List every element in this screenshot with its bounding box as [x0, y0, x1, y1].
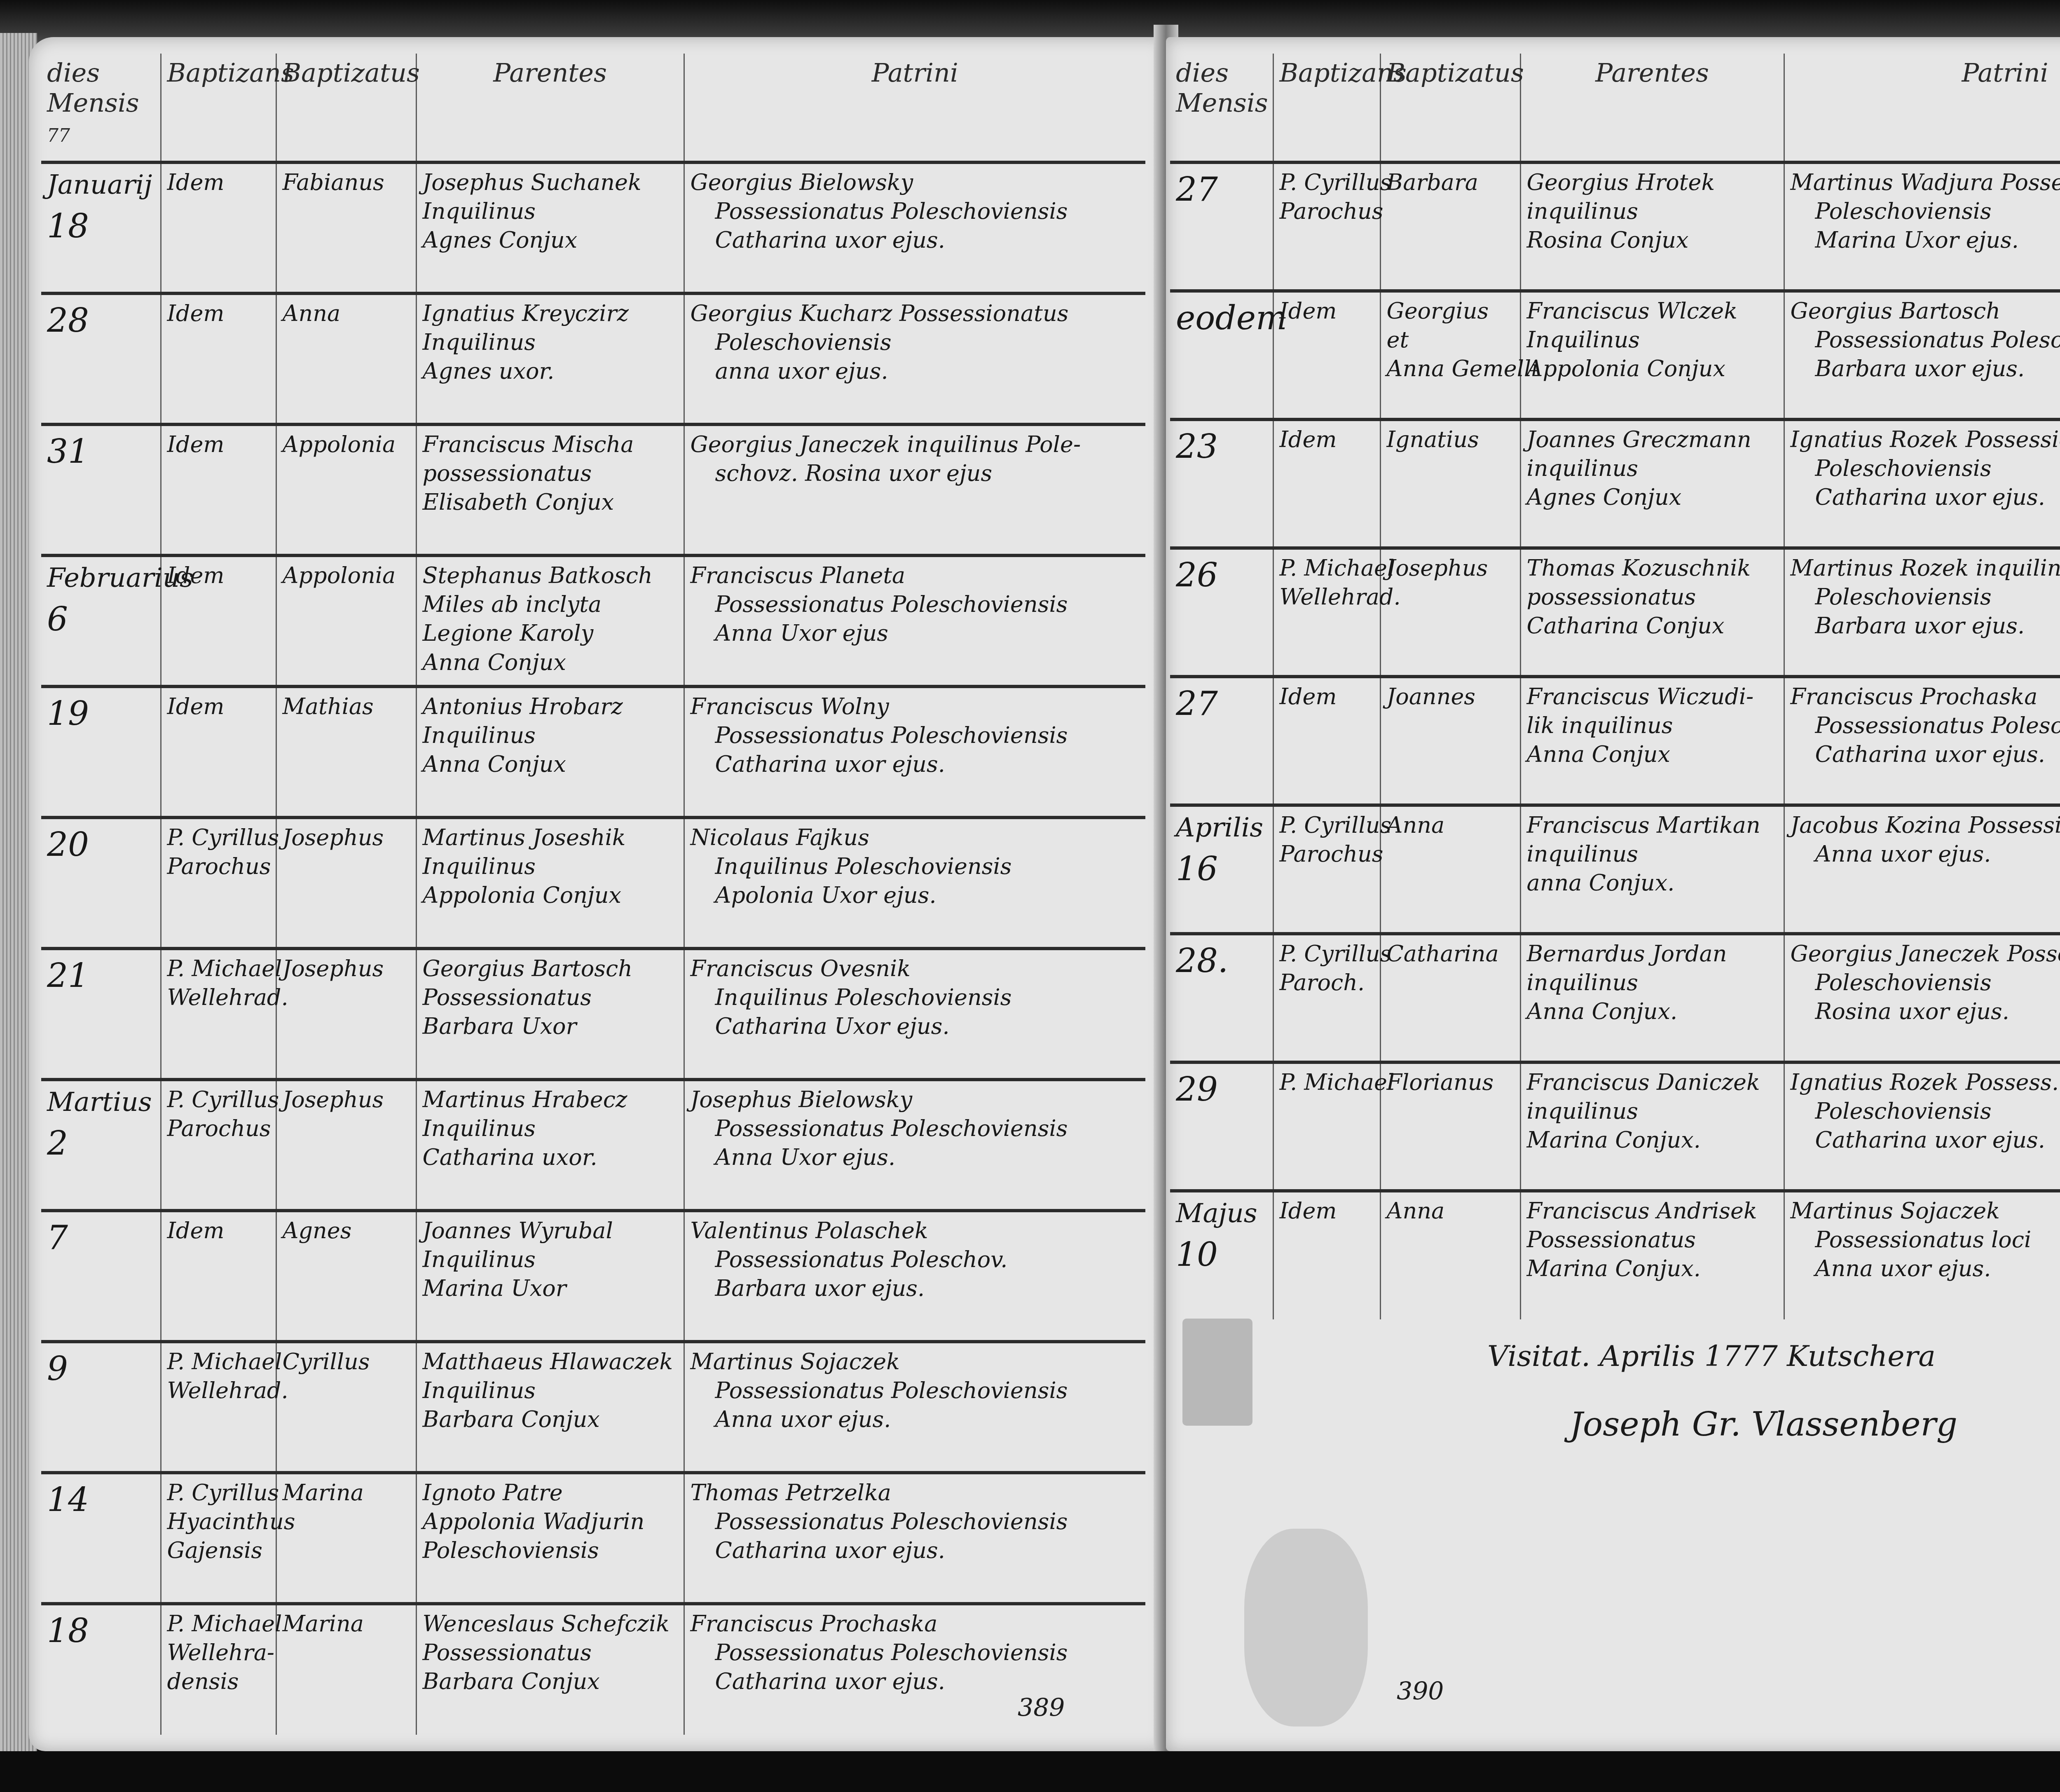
register-entry: 23IdemIgnatiusJoannes Greczmanninquilinu… — [1170, 419, 2060, 548]
register-entry: 14P. CyrillusHyacinthusGajensisMarinaIgn… — [41, 1473, 1145, 1604]
cell-parentes: Franciscus DaniczekinquilinusMarina Conj… — [1520, 1062, 1784, 1191]
cell-day: 29 — [1170, 1062, 1273, 1191]
baptizans-line: Gajensis — [167, 1536, 270, 1565]
parentes-line: Appolonia Wadjurin — [423, 1507, 678, 1536]
parentes-line: Franciscus Andrisek — [1527, 1197, 1778, 1225]
cell-patrini: Georgius BartoschPossessionatus Polescho… — [1784, 291, 2060, 419]
cell-day: 31 — [41, 424, 161, 555]
patrini-line: Possessionatus Poleschoviensis — [691, 590, 1140, 619]
patrini-line: Rosina uxor ejus. — [1791, 997, 2060, 1026]
cell-parentes: Franciscus MischapossessionatusElisabeth… — [416, 424, 684, 555]
cell-baptizans: Idem — [1273, 419, 1380, 548]
baptizans-line: Idem — [1280, 682, 1374, 711]
baptizatus-line: Florianus — [1387, 1068, 1514, 1097]
parentes-line: Franciscus Wlczek — [1527, 297, 1778, 326]
parentes-line: Inquilinus — [423, 721, 678, 750]
baptizatus-line: Ignatius — [1387, 425, 1514, 454]
register-entry: 28.P. CyrillusParoch.CatharinaBernardus … — [1170, 934, 2060, 1062]
stain-mark — [1182, 1319, 1252, 1426]
baptizans-line: P. Michael — [1280, 554, 1374, 583]
register-entry: 27P. CyrillusParochusBarbaraGeorgius Hro… — [1170, 162, 2060, 291]
cell-baptizatus: Ignatius — [1380, 419, 1520, 548]
parentes-line: Marina Conjux. — [1527, 1126, 1778, 1155]
parentes-line: Elisabeth Conjux — [423, 488, 678, 517]
day-number: 10 — [1176, 1235, 1218, 1274]
cell-patrini: Franciscus ProchaskaPossessionatus Poles… — [684, 1604, 1145, 1735]
baptizatus-line: Josephus — [283, 954, 410, 983]
header-row: dies Mensis 77 Baptizans Baptizatus Pare… — [41, 54, 1145, 162]
left-page: dies Mensis 77 Baptizans Baptizatus Pare… — [29, 37, 1166, 1751]
cell-baptizans: P. CyrillusParochus — [161, 1080, 276, 1211]
register-entry: 31IdemAppoloniaFranciscus Mischapossessi… — [41, 424, 1145, 555]
cell-parentes: Stephanus BatkoschMiles ab inclytaLegion… — [416, 555, 684, 686]
register-entry: 20P. CyrillusParochusJosephusMartinus Jo… — [41, 818, 1145, 949]
parentes-line: Barbara Uxor — [423, 1012, 678, 1041]
cell-day: 28 — [41, 293, 161, 424]
cell-day: 20 — [41, 818, 161, 949]
patrini-line: Ignatius Rozek Possess. — [1791, 1068, 2060, 1097]
patrini-line: Catharina uxor ejus. — [691, 1536, 1140, 1565]
parentes-line: Inquilinus — [423, 1114, 678, 1143]
cell-baptizatus: Cyrillus — [276, 1342, 416, 1473]
cell-day: 27 — [1170, 677, 1273, 805]
cell-day: 21 — [41, 949, 161, 1080]
cell-day: 14 — [41, 1473, 161, 1604]
cell-parentes: Thomas KozuschnikpossessionatusCatharina… — [1520, 548, 1784, 677]
cell-baptizatus: Joannes — [1380, 677, 1520, 805]
patrini-line: Poleschoviensis — [1791, 968, 2060, 997]
cell-baptizatus: Josephus — [276, 949, 416, 1080]
cell-patrini: Georgius Janeczek inquilinus Pole-schovz… — [684, 424, 1145, 555]
day-number: 7 — [47, 1218, 68, 1257]
register-entry: 21P. MichaelWellehrad.JosephusGeorgius B… — [41, 949, 1145, 1080]
cell-parentes: Ignatius KreyczirzInquilinusAgnes uxor. — [416, 293, 684, 424]
cell-baptizans: P. MichaelWellehra-densis — [161, 1604, 276, 1735]
baptizatus-line: Cyrillus — [283, 1347, 410, 1376]
parentes-line: Josephus Suchanek — [423, 168, 678, 197]
patrini-line: Inquilinus Poleschoviensis — [691, 852, 1140, 881]
register-entry: Majus10IdemAnnaFranciscus AndrisekPosses… — [1170, 1191, 2060, 1319]
register-entry: 19IdemMathiasAntonius HrobarzInquilinusA… — [41, 686, 1145, 818]
cell-day: 26 — [1170, 548, 1273, 677]
cell-baptizatus: Appolonia — [276, 424, 416, 555]
parentes-line: Martinus Joseshik — [423, 823, 678, 852]
patrini-line: Franciscus Prochaska — [691, 1609, 1140, 1638]
cell-patrini: Jacobus Kozina Possessionatus lociAnna u… — [1784, 805, 2060, 934]
parentes-line: Inquilinus — [1527, 326, 1778, 354]
header-day-month: dies Mensis — [1170, 54, 1273, 162]
day-number: 29 — [1176, 1070, 1218, 1108]
cell-baptizans: P. MichaelWellehrad. — [161, 1342, 276, 1473]
baptizans-line: Wellehra- — [167, 1638, 270, 1667]
parentes-line: Anna Conjux. — [1527, 997, 1778, 1026]
baptizans-line: P. Michael — [167, 954, 270, 983]
cell-day: 18 — [41, 1604, 161, 1735]
patrini-line: Anna uxor ejus. — [1791, 1254, 2060, 1283]
cell-parentes: Matthaeus HlawaczekInquilinusBarbara Con… — [416, 1342, 684, 1473]
cell-baptizatus: Josephus — [276, 818, 416, 949]
baptizans-line: P. Michael — [167, 1347, 270, 1376]
patrini-line: Catharina uxor ejus. — [1791, 483, 2060, 512]
patrini-line: Nicolaus Fajkus — [691, 823, 1140, 852]
baptizans-line: Wellehrad. — [167, 983, 270, 1012]
visitation-signature: Joseph Gr. Vlassenberg — [1570, 1405, 1957, 1443]
patrini-line: Ignatius Rozek Possessionatus — [1791, 425, 2060, 454]
patrini-line: Franciscus Wolny — [691, 692, 1140, 721]
patrini-line: Inquilinus Poleschoviensis — [691, 983, 1140, 1012]
parentes-line: Franciscus Daniczek — [1527, 1068, 1778, 1097]
baptizans-line: P. Cyrillus — [1280, 811, 1374, 840]
baptizans-line: densis — [167, 1667, 270, 1696]
parentes-line: Marina Conjux. — [1527, 1254, 1778, 1283]
parentes-line: Agnes uxor. — [423, 357, 678, 386]
parentes-line: Thomas Kozuschnik — [1527, 554, 1778, 583]
cell-parentes: Franciscus Martikaninquilinusanna Conjux… — [1520, 805, 1784, 934]
cell-patrini: Franciscus WolnyPossessionatus Poleschov… — [684, 686, 1145, 818]
parentes-line: Inquilinus — [423, 1245, 678, 1274]
patrini-line: Anna Uxor ejus. — [691, 1143, 1140, 1172]
baptizans-line: Idem — [1280, 425, 1374, 454]
book-bottom-shadow — [0, 1751, 2060, 1792]
patrini-line: Possessionatus loci — [1791, 1225, 2060, 1254]
patrini-line: Martinus Rozek inquilinus — [1791, 554, 2060, 583]
header-baptizatus: Baptizatus — [1380, 54, 1520, 162]
header-baptizans: Baptizans — [1273, 54, 1380, 162]
baptizatus-line: Josephus — [283, 823, 410, 852]
baptizatus-line: Marina — [283, 1609, 410, 1638]
patrini-line: Poleschoviensis — [1791, 197, 2060, 226]
baptizatus-line: Anna — [1387, 811, 1514, 840]
cell-day: Martius2 — [41, 1080, 161, 1211]
parentes-line: Ignatius Kreyczirz — [423, 299, 678, 328]
baptizans-line: P. Michael — [167, 1609, 270, 1638]
cell-baptizans: Idem — [1273, 677, 1380, 805]
baptizatus-line: Josephus — [1387, 554, 1514, 583]
parentes-line: Wenceslaus Schefczik — [423, 1609, 678, 1638]
month-label: Aprilis — [1176, 811, 1267, 845]
month-label: Martius — [47, 1085, 154, 1120]
parentes-line: possessionatus — [423, 459, 678, 488]
parentes-line: inquilinus — [1527, 840, 1778, 869]
cell-patrini: Franciscus OvesnikInquilinus Poleschovie… — [684, 949, 1145, 1080]
patrini-line: Marina Uxor ejus. — [1791, 226, 2060, 255]
day-number: 18 — [47, 207, 89, 245]
patrini-line: Thomas Petrzelka — [691, 1478, 1140, 1507]
cell-baptizans: Idem — [161, 424, 276, 555]
cell-baptizatus: Catharina — [1380, 934, 1520, 1062]
cell-patrini: Martinus Wadjura PossessionatusPoleschov… — [1784, 162, 2060, 291]
cell-parentes: Franciscus AndrisekPossessionatusMarina … — [1520, 1191, 1784, 1319]
cell-patrini: Georgius Janeczek PossessionatusPolescho… — [1784, 934, 2060, 1062]
parentes-line: inquilinus — [1527, 1097, 1778, 1126]
baptizans-line: Parochus — [1280, 840, 1374, 869]
day-number: 26 — [1176, 556, 1218, 594]
baptizatus-line: Barbara — [1387, 168, 1514, 197]
register-entry: Aprilis16P. CyrillusParochusAnnaFrancisc… — [1170, 805, 2060, 934]
baptizans-line: P. Cyrillus — [1280, 939, 1374, 968]
day-number: eodem — [1176, 299, 1287, 337]
baptizans-line: P. Cyrillus — [1280, 168, 1374, 197]
folio-number-left: 389 — [1018, 1694, 1065, 1722]
day-number: 6 — [47, 600, 68, 638]
cell-baptizans: Idem — [161, 162, 276, 293]
parentes-line: Catharina uxor. — [423, 1143, 678, 1172]
cell-baptizatus: GeorgiusetAnna Gemelli — [1380, 291, 1520, 419]
register-table-left: dies Mensis 77 Baptizans Baptizatus Pare… — [41, 54, 1145, 1735]
cell-parentes: Georgius HrotekinquilinusRosina Conjux — [1520, 162, 1784, 291]
cell-baptizans: Idem — [1273, 291, 1380, 419]
register-entry: 27IdemJoannesFranciscus Wiczudi-lik inqu… — [1170, 677, 2060, 805]
parentes-line: lik inquilinus — [1527, 711, 1778, 740]
patrini-line: Martinus Sojaczek — [1791, 1197, 2060, 1225]
cell-baptizans: P. MichaelWellehrad. — [1273, 548, 1380, 677]
cell-baptizatus: Josephus — [1380, 548, 1520, 677]
cell-baptizatus: Barbara — [1380, 162, 1520, 291]
patrini-line: Anna uxor ejus. — [1791, 840, 2060, 869]
parentes-line: Possessionatus — [423, 1638, 678, 1667]
cell-patrini: Martinus SojaczekPossessionatus Polescho… — [684, 1342, 1145, 1473]
register-table-right: dies Mensis Baptizans Baptizatus Parente… — [1170, 54, 2060, 1319]
folio-number-right: 390 — [1397, 1677, 1444, 1706]
baptizans-line: Idem — [1280, 297, 1374, 326]
cell-baptizans: Idem — [1273, 1191, 1380, 1319]
baptizatus-line: Anna — [283, 299, 410, 328]
right-page: dies Mensis Baptizans Baptizatus Parente… — [1166, 37, 2060, 1751]
cell-day: eodem — [1170, 291, 1273, 419]
cell-baptizatus: Anna — [1380, 1191, 1520, 1319]
parentes-line: Rosina Conjux — [1527, 226, 1778, 255]
patrini-line: anna uxor ejus. — [691, 357, 1140, 386]
patrini-line: Catharina uxor ejus. — [691, 750, 1140, 779]
parentes-line: Joannes Wyrubal — [423, 1216, 678, 1245]
baptizatus-line: Mathias — [283, 692, 410, 721]
register-entry: Februarius6IdemAppoloniaStephanus Batkos… — [41, 555, 1145, 686]
parentes-line: Matthaeus Hlawaczek — [423, 1347, 678, 1376]
baptizans-line: Paroch. — [1280, 968, 1374, 997]
header-baptizatus: Baptizatus — [276, 54, 416, 162]
baptizans-line: P. Michael — [1280, 1068, 1374, 1097]
parentes-line: Inquilinus — [423, 328, 678, 357]
parentes-line: possessionatus — [1527, 583, 1778, 611]
cell-parentes: Joannes GreczmanninquilinusAgnes Conjux — [1520, 419, 1784, 548]
cell-baptizans: Idem — [161, 686, 276, 818]
parentes-line: inquilinus — [1527, 968, 1778, 997]
patrini-line: Catharina uxor ejus. — [1791, 1126, 2060, 1155]
cell-parentes: Franciscus WlczekInquilinusAppolonia Con… — [1520, 291, 1784, 419]
parentes-line: Inquilinus — [423, 1376, 678, 1405]
cell-patrini: Georgius BielowskyPossessionatus Polesch… — [684, 162, 1145, 293]
register-entry: eodemIdemGeorgiusetAnna GemelliFranciscu… — [1170, 291, 2060, 419]
parentes-line: Joannes Greczmann — [1527, 425, 1778, 454]
patrini-line: Georgius Janeczek inquilinus Pole- — [691, 430, 1140, 459]
cell-baptizans: P. Michael — [1273, 1062, 1380, 1191]
patrini-line: Possessionatus Poleschoviensis — [691, 721, 1140, 750]
cell-patrini: Thomas PetrzelkaPossessionatus Poleschov… — [684, 1473, 1145, 1604]
cell-baptizans: P. CyrillusParochus — [1273, 162, 1380, 291]
parentes-line: Anna Conjux — [423, 750, 678, 779]
parentes-line: Marina Uxor — [423, 1274, 678, 1303]
parentes-line: Ignoto Patre — [423, 1478, 678, 1507]
day-number: 28 — [47, 301, 89, 340]
visitation-note: Visitat. Aprilis 1777 Kutschera — [1487, 1339, 1936, 1373]
header-parentes: Parentes — [1520, 54, 1784, 162]
baptizans-line: Idem — [167, 430, 270, 459]
register-entry: 9P. MichaelWellehrad.CyrillusMatthaeus H… — [41, 1342, 1145, 1473]
patrini-line: Georgius Bartosch — [1791, 297, 2060, 326]
parentes-line: Barbara Conjux — [423, 1405, 678, 1434]
parentes-line: Possessionatus — [423, 983, 678, 1012]
cell-baptizatus: Florianus — [1380, 1062, 1520, 1191]
parentes-line: Inquilinus — [423, 852, 678, 881]
cell-baptizatus: Anna — [1380, 805, 1520, 934]
baptizatus-line: et — [1387, 326, 1514, 354]
cell-baptizans: Idem — [161, 1211, 276, 1342]
baptizatus-line: Fabianus — [283, 168, 410, 197]
cell-baptizatus: Mathias — [276, 686, 416, 818]
day-number: 14 — [47, 1480, 89, 1519]
patrini-line: Possessionatus Poleschoviensis — [691, 1638, 1140, 1667]
baptizatus-line: Joannes — [1387, 682, 1514, 711]
cell-baptizans: P. MichaelWellehrad. — [161, 949, 276, 1080]
cell-baptizans: P. CyrillusParoch. — [1273, 934, 1380, 1062]
cell-day: 19 — [41, 686, 161, 818]
baptizans-line: Wellehrad. — [1280, 583, 1374, 611]
patrini-line: Possessionatus Poleschoviensis — [691, 1114, 1140, 1143]
cell-patrini: Martinus Rozek inquilinusPoleschoviensis… — [1784, 548, 2060, 677]
patrini-line: Catharina uxor ejus. — [1791, 740, 2060, 769]
patrini-line: schovz. Rosina uxor ejus — [691, 459, 1140, 488]
patrini-line: Possessionatus Poleschoviensis — [1791, 711, 2060, 740]
cell-day: Aprilis16 — [1170, 805, 1273, 934]
parentes-line: inquilinus — [1527, 454, 1778, 483]
patrini-line: Josephus Bielowsky — [691, 1085, 1140, 1114]
cell-day: 27 — [1170, 162, 1273, 291]
header-patrini: Patrini — [684, 54, 1145, 162]
cell-patrini: Martinus SojaczekPossessionatus lociAnna… — [1784, 1191, 2060, 1319]
patrini-line: Possessionatus Poleschoviensis — [691, 197, 1140, 226]
register-entry: Januarij18IdemFabianusJosephus SuchanekI… — [41, 162, 1145, 293]
cell-patrini: Valentinus PolaschekPossessionatus Poles… — [684, 1211, 1145, 1342]
day-number: 27 — [1176, 684, 1218, 723]
month-label: Februarius — [47, 561, 154, 595]
patrini-line: Poleschoviensis — [1791, 454, 2060, 483]
cell-day: 9 — [41, 1342, 161, 1473]
cell-parentes: Bernardus JordaninquilinusAnna Conjux. — [1520, 934, 1784, 1062]
parentes-line: Anna Conjux — [423, 648, 678, 677]
day-number: 18 — [47, 1612, 89, 1650]
day-number: 28. — [1176, 942, 1228, 980]
stain-mark — [1244, 1529, 1368, 1726]
patrini-line: Possessionatus Poleschov. — [691, 1245, 1140, 1274]
cell-parentes: Wenceslaus SchefczikPossessionatusBarbar… — [416, 1604, 684, 1735]
parentes-line: Poleschoviensis — [423, 1536, 678, 1565]
baptizans-line: Idem — [1280, 1197, 1374, 1225]
baptizans-line: P. Cyrillus — [167, 823, 270, 852]
baptizans-line: Idem — [167, 561, 270, 590]
parentes-line: Agnes Conjux — [1527, 483, 1778, 512]
parentes-line: Agnes Conjux — [423, 226, 678, 255]
cell-parentes: Martinus HrabeczInquilinusCatharina uxor… — [416, 1080, 684, 1211]
baptizatus-line: Josephus — [283, 1085, 410, 1114]
cell-day: Januarij18 — [41, 162, 161, 293]
parentes-line: Franciscus Martikan — [1527, 811, 1778, 840]
register-entry: 7IdemAgnesJoannes WyrubalInquilinusMarin… — [41, 1211, 1145, 1342]
parentes-line: Appolonia Conjux — [423, 881, 678, 910]
parentes-line: Franciscus Mischa — [423, 430, 678, 459]
register-entry: 29P. MichaelFlorianusFranciscus Daniczek… — [1170, 1062, 2060, 1191]
baptizans-line: P. Cyrillus — [167, 1478, 270, 1507]
cell-patrini: Josephus BielowskyPossessionatus Polesch… — [684, 1080, 1145, 1211]
baptizatus-line: Marina — [283, 1478, 410, 1507]
cell-baptizatus: Fabianus — [276, 162, 416, 293]
patrini-line: Poleschoviensis — [691, 328, 1140, 357]
patrini-line: Barbara uxor ejus. — [1791, 611, 2060, 640]
cell-patrini: Georgius Kucharz PossessionatusPoleschov… — [684, 293, 1145, 424]
parentes-line: Catharina Conjux — [1527, 611, 1778, 640]
patrini-line: Martinus Wadjura Possessionatus — [1791, 168, 2060, 197]
patrini-line: Anna Uxor ejus — [691, 619, 1140, 648]
patrini-line: Martinus Sojaczek — [691, 1347, 1140, 1376]
cell-baptizatus: Josephus — [276, 1080, 416, 1211]
month-label: Januarij — [47, 168, 154, 202]
register-entry: Martius2P. CyrillusParochusJosephusMarti… — [41, 1080, 1145, 1211]
cell-parentes: Franciscus Wiczudi-lik inquilinusAnna Co… — [1520, 677, 1784, 805]
patrini-line: Jacobus Kozina Possessionatus loci — [1791, 811, 2060, 840]
baptizans-line: Wellehrad. — [167, 1376, 270, 1405]
cell-baptizatus: Anna — [276, 293, 416, 424]
patrini-line: Catharina uxor ejus. — [691, 1667, 1140, 1696]
baptizans-line: Idem — [167, 168, 270, 197]
patrini-line: Possessionatus Poleschoviensis — [1791, 326, 2060, 354]
cell-parentes: Antonius HrobarzInquilinusAnna Conjux — [416, 686, 684, 818]
parentes-line: anna Conjux. — [1527, 869, 1778, 897]
cell-parentes: Josephus SuchanekInquilinusAgnes Conjux — [416, 162, 684, 293]
patrini-line: Catharina Uxor ejus. — [691, 1012, 1140, 1041]
parentes-line: Georgius Bartosch — [423, 954, 678, 983]
baptizans-line: Parochus — [167, 852, 270, 881]
cell-parentes: Ignoto PatreAppolonia WadjurinPoleschovi… — [416, 1473, 684, 1604]
patrini-line: Barbara uxor ejus. — [1791, 354, 2060, 383]
parentes-line: Anna Conjux — [1527, 740, 1778, 769]
parentes-line: Antonius Hrobarz — [423, 692, 678, 721]
parentes-line: Barbara Conjux — [423, 1667, 678, 1696]
parentes-line: inquilinus — [1527, 197, 1778, 226]
cell-day: Majus10 — [1170, 1191, 1273, 1319]
baptizans-line: Hyacinthus — [167, 1507, 270, 1536]
register-entry: 26P. MichaelWellehrad.JosephusThomas Koz… — [1170, 548, 2060, 677]
month-label: Majus — [1176, 1197, 1267, 1231]
patrini-line: Possessionatus Poleschoviensis — [691, 1376, 1140, 1405]
register-entry: 18P. MichaelWellehra-densisMarinaWencesl… — [41, 1604, 1145, 1735]
patrini-line: Georgius Janeczek Possessionatus — [1791, 939, 2060, 968]
header-patrini: Patrini40. — [1784, 54, 2060, 162]
cell-baptizatus: Agnes — [276, 1211, 416, 1342]
parentes-line: Legione Karoly — [423, 619, 678, 648]
cell-baptizans: Idem — [161, 555, 276, 686]
cell-baptizatus: Marina — [276, 1473, 416, 1604]
cell-day: Februarius6 — [41, 555, 161, 686]
parentes-line: Appolonia Conjux — [1527, 354, 1778, 383]
patrini-line: Poleschoviensis — [1791, 583, 2060, 611]
day-number: 20 — [47, 825, 89, 864]
baptizatus-line: Anna Gemelli — [1387, 354, 1514, 383]
parentes-line: Bernardus Jordan — [1527, 939, 1778, 968]
patrini-line: Barbara uxor ejus. — [691, 1274, 1140, 1303]
day-number: 27 — [1176, 170, 1218, 208]
cell-parentes: Georgius BartoschPossessionatusBarbara U… — [416, 949, 684, 1080]
cell-day: 7 — [41, 1211, 161, 1342]
day-number: 21 — [47, 956, 89, 995]
